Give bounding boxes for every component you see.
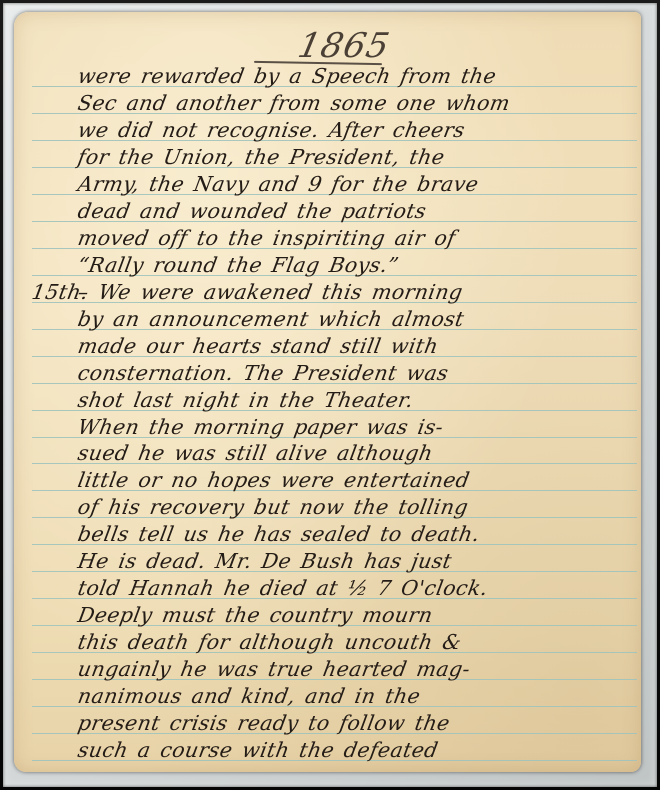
diary-page: 1865 were rewarded by a Speech from the … (14, 12, 641, 772)
entry-date: 15th. (30, 280, 80, 304)
text-line: bells tell us he has sealed to death. (14, 522, 639, 546)
text-line: this death for although uncouth & (14, 630, 639, 654)
text-line: Army, the Navy and 9 for the brave (14, 172, 639, 196)
text-line: told Hannah he died at ½ 7 O'clock. (14, 576, 639, 600)
text-line: shot last night in the Theater. (14, 388, 639, 412)
text-line: by an announcement which almost (14, 307, 639, 331)
text-line: moved off to the inspiriting air of (14, 226, 639, 250)
text-line: present crisis ready to follow the (14, 711, 639, 735)
text-line: nanimous and kind, and in the (14, 684, 639, 708)
text-line: consternation. The President was (14, 361, 639, 385)
text-line: for the Union, the President, the (14, 145, 639, 169)
text-line: little or no hopes were entertained (14, 468, 639, 492)
text-line: of his recovery but now the tolling (14, 495, 639, 519)
page-heading-year: 1865 (280, 26, 409, 66)
text-line: Deeply must the country mourn (14, 603, 639, 627)
text-line: we did not recognise. After cheers (14, 118, 639, 142)
text-line: such a course with the defeated (14, 738, 639, 762)
text-line: made our hearts stand still with (14, 334, 639, 358)
dated-entry-line: 15th.– We were awakened this morning (14, 280, 639, 304)
text-line: sued he was still alive although (14, 441, 639, 465)
text-line: Sec and another from some one whom (14, 91, 639, 115)
text-line: ungainly he was true hearted mag- (14, 657, 639, 681)
text-line: – We were awakened this morning (76, 280, 465, 304)
text-line: dead and wounded the patriots (14, 199, 639, 223)
text-line: When the morning paper was is- (14, 415, 639, 439)
text-line: He is dead. Mr. De Bush has just (14, 549, 639, 573)
text-line: “Rally round the Flag Boys.” (14, 253, 639, 277)
text-line: were rewarded by a Speech from the (14, 64, 639, 88)
